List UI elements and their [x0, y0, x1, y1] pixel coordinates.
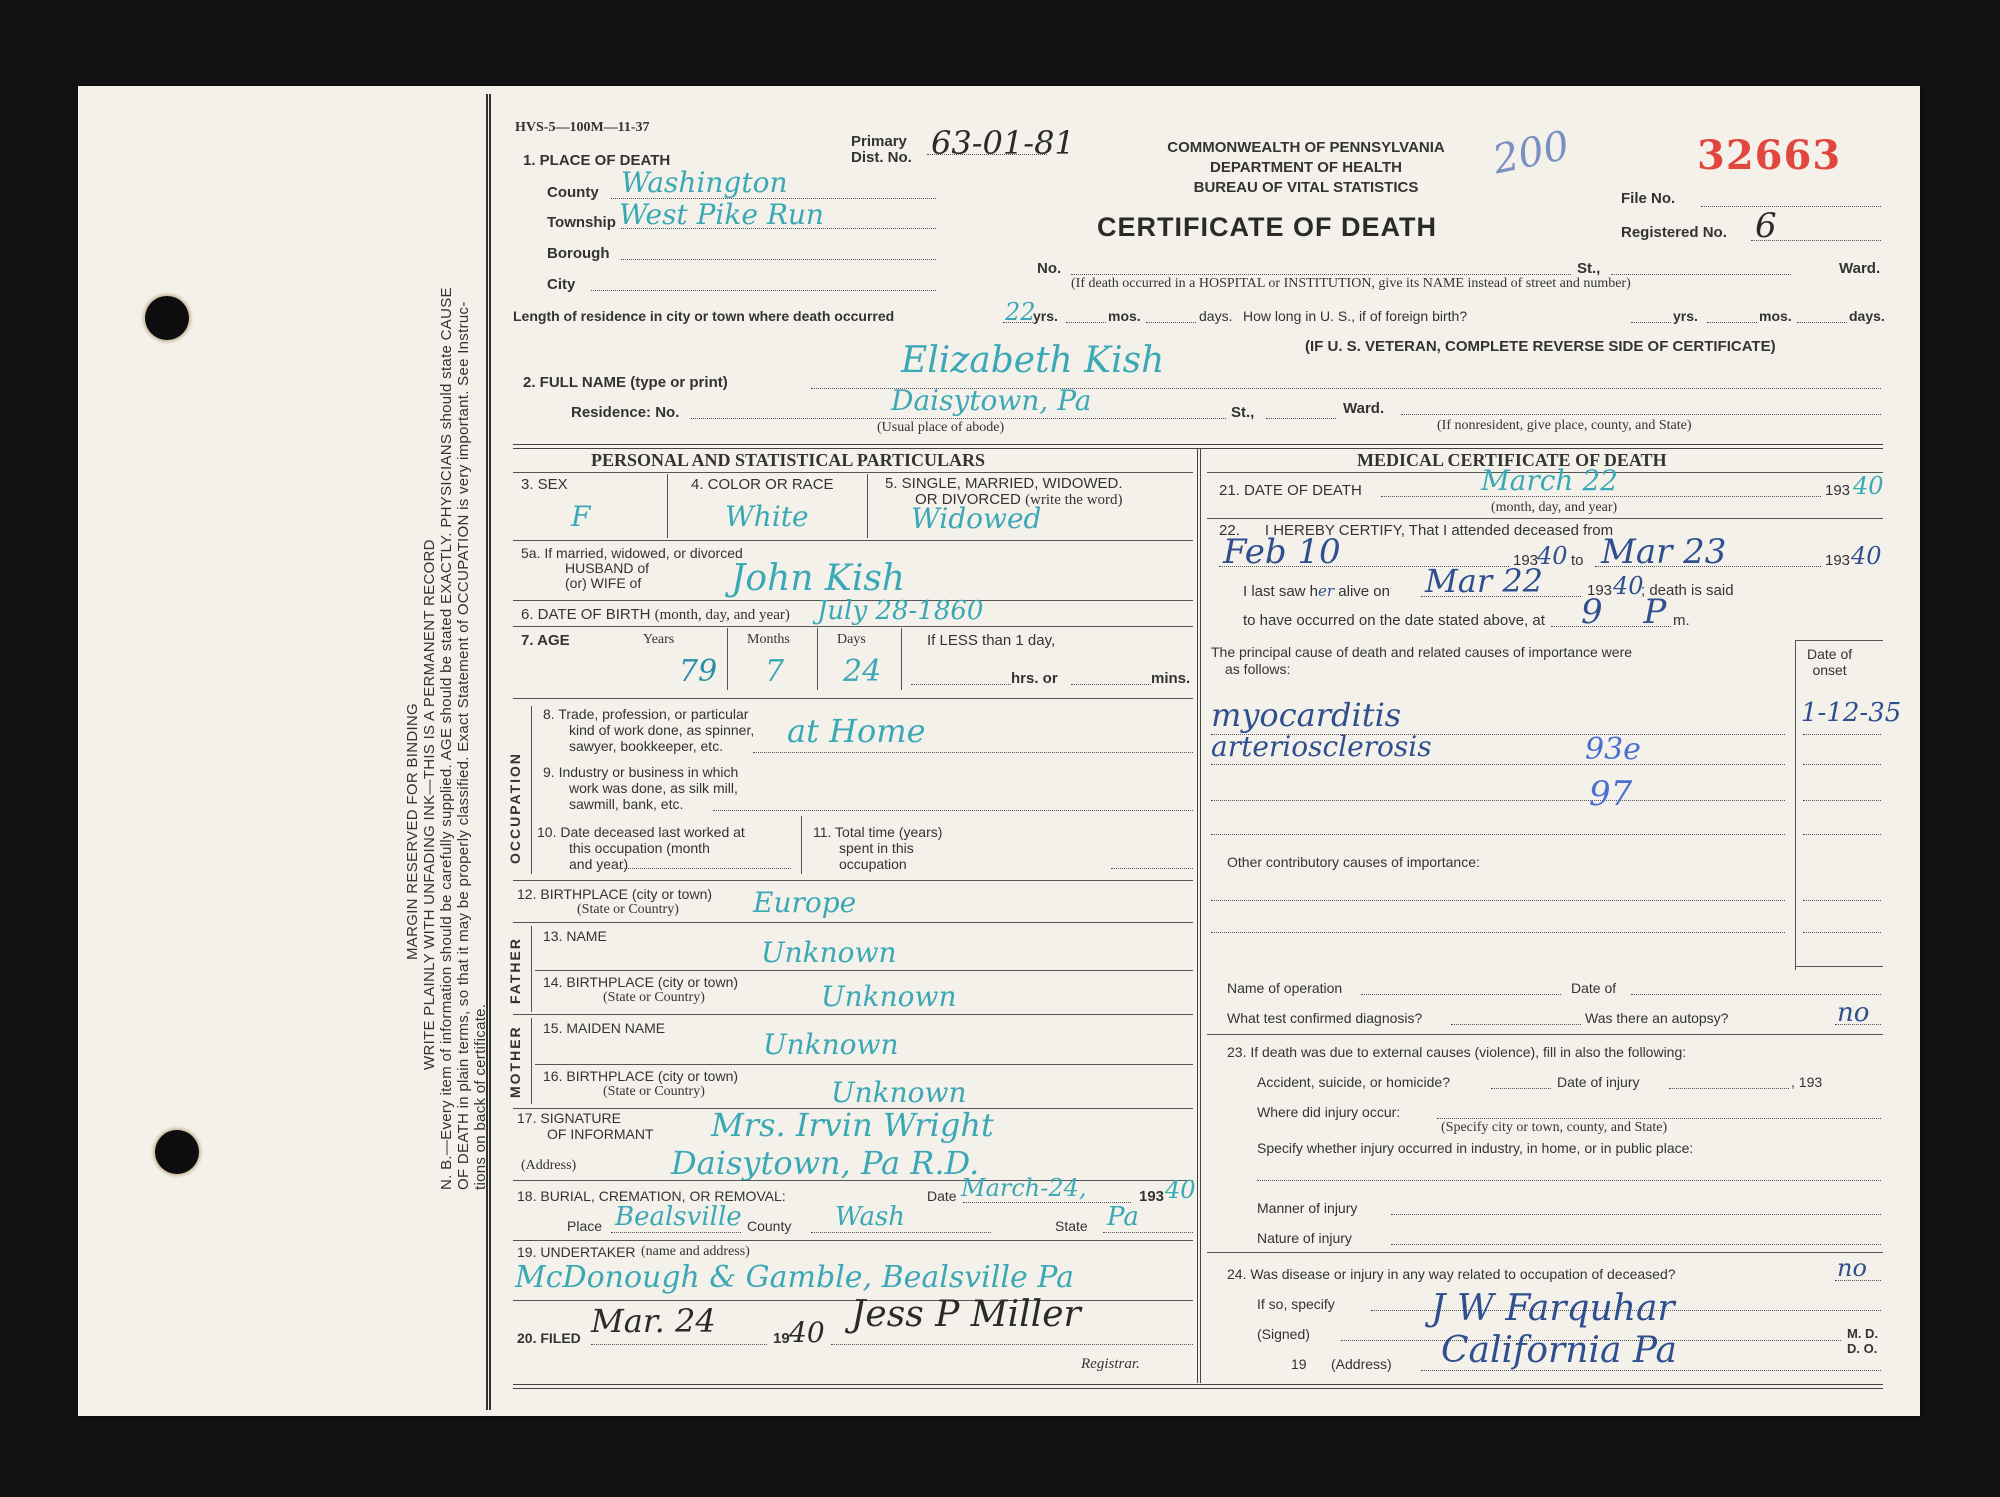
industry-field[interactable] — [713, 810, 1193, 811]
onset-line-2 — [1803, 764, 1881, 765]
accident-label: Accident, suicide, or homicide? — [1257, 1074, 1450, 1090]
rule — [535, 970, 1193, 971]
ward-field[interactable] — [1611, 274, 1791, 275]
injury-date-label: Date of injury — [1557, 1074, 1639, 1090]
operation-label: Name of operation — [1227, 980, 1342, 996]
street-field[interactable] — [1071, 274, 1571, 275]
burial-place-value[interactable]: Bealsville — [615, 1202, 742, 1232]
cause-line-3[interactable] — [1211, 800, 1785, 801]
us-mos-label: mos. — [1759, 308, 1792, 324]
burial-place-label: Place — [567, 1218, 602, 1234]
rule — [513, 472, 1193, 473]
residence-label: Residence: No. — [571, 404, 679, 421]
last-saw-label: I last saw her alive on — [1243, 582, 1390, 600]
burial-county-label: County — [747, 1218, 791, 1234]
time-m-label: m. — [1673, 612, 1690, 629]
occupation-vertical-label: OCCUPATION — [507, 752, 523, 864]
punch-hole-top — [145, 296, 189, 340]
sex-label: 3. SEX — [521, 476, 568, 493]
cause-line-2 — [1211, 764, 1785, 765]
full-name-label: 2. FULL NAME (type or print) — [523, 374, 728, 391]
test-label: What test confirmed diagnosis? — [1227, 1010, 1422, 1026]
date-of-death-year-value[interactable]: 40 — [1853, 472, 1884, 500]
trade-line — [753, 752, 1193, 753]
undertaker-sublabel: (name and address) — [641, 1244, 750, 1260]
test-field[interactable] — [1451, 1024, 1581, 1025]
city-label: City — [547, 276, 575, 293]
rule — [513, 540, 1193, 541]
total-time-field[interactable] — [1111, 868, 1193, 869]
degree-labels: M. D. D. O. — [1847, 1326, 1878, 1356]
residence-value[interactable]: Daisytown, Pa — [891, 384, 1091, 417]
marital-value[interactable]: Widowed — [911, 502, 1041, 535]
attended-to-year-prefix: 193 — [1825, 552, 1850, 569]
physician-signature[interactable]: J W Farquhar — [1431, 1288, 1675, 1329]
punch-hole-bottom — [155, 1130, 199, 1174]
onset-line-4[interactable] — [1803, 834, 1881, 835]
year-19-label: 19 — [1291, 1356, 1307, 1372]
minutes-label: mins. — [1151, 670, 1190, 687]
residence-st-label: St., — [1231, 404, 1254, 421]
rule — [513, 1180, 1193, 1181]
residence-days-field[interactable] — [1146, 322, 1196, 323]
nonresident-note: (If nonresident, give place, county, and… — [1437, 418, 1692, 434]
ward-label: Ward. — [1839, 260, 1880, 277]
nature-field[interactable] — [1391, 1244, 1881, 1245]
hours-label: hrs. or — [1011, 670, 1058, 687]
date-of-death-year-prefix: 193 — [1825, 482, 1850, 499]
primary-dist-label: Primary Dist. No. — [851, 134, 912, 166]
us-yrs-label: yrs. — [1673, 308, 1698, 324]
margin-line-cause: OF DEATH in plain terms, so that it may … — [455, 287, 472, 1190]
rule — [513, 880, 1193, 881]
rule — [1795, 640, 1883, 641]
other-onset-line-2[interactable] — [1803, 932, 1881, 933]
rule — [531, 706, 532, 874]
personal-section-title: PERSONAL AND STATISTICAL PARTICULARS — [591, 450, 985, 471]
attended-to-label: to — [1571, 552, 1584, 569]
other-onset-line-1[interactable] — [1803, 900, 1881, 901]
county-value[interactable]: Washington — [621, 166, 788, 199]
margin-line-ink: WRITE PLAINLY WITH UNFADING INK—THIS IS … — [421, 287, 438, 1190]
external-causes-label: 23. If death was due to external causes … — [1227, 1044, 1686, 1060]
issuer-header: COMMONWEALTH OF PENNSYLVANIA DEPARTMENT … — [1131, 138, 1481, 198]
burial-state-label: State — [1055, 1218, 1088, 1234]
us-mos-field[interactable] — [1707, 322, 1757, 323]
county-label: County — [547, 184, 599, 201]
last-worked-label: 10. Date deceased last worked at this oc… — [537, 824, 745, 872]
autopsy-label: Was there an autopsy? — [1585, 1010, 1728, 1026]
burial-state-line — [1103, 1232, 1193, 1233]
rule — [727, 628, 728, 690]
burial-place-line — [611, 1232, 741, 1233]
age-years-value[interactable]: 79 — [679, 654, 717, 689]
operation-date-label: Date of — [1571, 980, 1616, 996]
certificate-number-stamp: 32663 — [1697, 132, 1841, 179]
rule — [801, 816, 802, 874]
filed-year-value[interactable]: 40 — [789, 1316, 825, 1349]
residence-ward-field[interactable] — [1266, 418, 1336, 419]
father-birthplace-label: 14. BIRTHPLACE (city or town) (State or … — [543, 974, 738, 1006]
burial-date-line — [963, 1202, 1131, 1203]
rule — [513, 698, 1193, 699]
township-value[interactable]: West Pike Run — [619, 198, 824, 231]
us-residence-label: How long in U. S., if of foreign birth? — [1243, 308, 1467, 324]
accident-field[interactable] — [1491, 1088, 1551, 1089]
hours-field[interactable] — [911, 684, 1011, 685]
autopsy-value[interactable]: no — [1837, 998, 1869, 1028]
registered-no-label: Registered No. — [1621, 224, 1727, 241]
rule — [867, 474, 868, 538]
page-title: CERTIFICATE OF DEATH — [1097, 212, 1437, 243]
residence-line — [691, 418, 1226, 419]
mother-name-label: 15. MAIDEN NAME — [543, 1020, 665, 1036]
undertaker-value[interactable]: McDonough & Gamble, Bealsville Pa — [515, 1260, 1074, 1295]
minutes-field[interactable] — [1071, 684, 1151, 685]
file-no-label: File No. — [1621, 190, 1675, 207]
code-note-2: 97 — [1589, 774, 1632, 814]
nonresident-field[interactable] — [1401, 414, 1881, 415]
father-name-value[interactable]: Unknown — [761, 936, 897, 969]
death-certificate-form: HVS-5—100M—11-37 Primary Dist. No. 63-01… — [486, 94, 1901, 1410]
rule — [531, 926, 532, 1012]
informant-value[interactable]: Mrs. Irvin Wright — [711, 1106, 994, 1144]
age-label: 7. AGE — [521, 632, 570, 649]
residence-years-value[interactable]: 22 — [1005, 298, 1036, 326]
form-code: HVS-5—100M—11-37 — [515, 120, 650, 136]
dob-label: 6. DATE OF BIRTH (month, day, and year) — [521, 606, 790, 624]
hospital-note: (If death occurred in a HOSPITAL or INST… — [1071, 276, 1631, 292]
injury-place-label: Specify whether injury occurred in indus… — [1257, 1140, 1693, 1156]
occupation-related-label: 24. Was disease or injury in any way rel… — [1227, 1266, 1676, 1282]
dob-value[interactable]: July 28-1860 — [817, 596, 983, 626]
where-injury-sublabel: (Specify city or town, county, and State… — [1441, 1120, 1667, 1136]
us-days-label: days. — [1849, 308, 1885, 324]
time-of-death-value[interactable]: 9 P — [1581, 592, 1666, 632]
registered-no-value[interactable]: 6 — [1755, 206, 1777, 246]
bottom-rule — [513, 1384, 1883, 1389]
informant-address-value[interactable]: Daisytown, Pa R.D. — [671, 1144, 979, 1182]
margin-line-nb: N. B.—Every item of information should b… — [438, 287, 455, 1190]
trade-label: 8. Trade, profession, or particular kind… — [543, 706, 754, 754]
rule — [513, 626, 1193, 627]
burial-year-value[interactable]: 40 — [1165, 1176, 1196, 1204]
rule — [901, 628, 902, 690]
filed-label: 20. FILED — [517, 1330, 581, 1346]
street-no-label: No. — [1037, 260, 1061, 277]
spouse-value[interactable]: John Kish — [731, 558, 905, 599]
residence-ward-label: Ward. — [1343, 400, 1384, 417]
mother-birthplace-label: 16. BIRTHPLACE (city or town) (State or … — [543, 1068, 738, 1100]
race-label: 4. COLOR OR RACE — [691, 476, 834, 493]
rule — [1795, 640, 1796, 970]
attended-to-year[interactable]: 40 — [1851, 542, 1882, 570]
spouse-label: 5a. If married, widowed, or divorced HUS… — [521, 546, 743, 591]
industry-label: 9. Industry or business in which work wa… — [543, 764, 738, 812]
borough-field[interactable] — [621, 259, 936, 260]
less-than-day-label: If LESS than 1 day, — [927, 632, 1055, 649]
cause-2-value[interactable]: arteriosclerosis — [1211, 730, 1432, 763]
cause-1-value[interactable]: myocarditis — [1211, 696, 1401, 734]
burial-date-value[interactable]: March-24, — [961, 1174, 1087, 1202]
residence-mos-field[interactable] — [1066, 322, 1106, 323]
street-st-label: St., — [1577, 260, 1600, 277]
burial-county-line — [811, 1232, 991, 1233]
residence-days-label: days. — [1199, 308, 1232, 324]
physician-address-value[interactable]: California Pa — [1441, 1330, 1677, 1371]
if-so-label: If so, specify — [1257, 1296, 1335, 1312]
undertaker-label: 19. UNDERTAKER — [517, 1244, 636, 1260]
residence-yrs-label: yrs. — [1033, 308, 1058, 324]
age-months-value[interactable]: 7 — [765, 654, 784, 689]
registrar-line — [831, 1344, 1193, 1345]
father-birthplace-value[interactable]: Unknown — [821, 980, 957, 1013]
manner-label: Manner of injury — [1257, 1200, 1357, 1216]
cause-line-4[interactable] — [1211, 834, 1785, 835]
sex-value[interactable]: F — [571, 500, 590, 533]
date-of-death-sublabel: (month, day, and year) — [1491, 500, 1617, 516]
file-no-field[interactable] — [1701, 206, 1881, 207]
rule — [535, 1064, 1193, 1065]
burial-county-value[interactable]: Wash — [835, 1202, 905, 1232]
last-saw-value[interactable]: Mar 22 — [1425, 562, 1543, 600]
other-causes-line-1[interactable] — [1211, 900, 1785, 901]
other-causes-line-2[interactable] — [1211, 932, 1785, 933]
signed-label: (Signed) — [1257, 1326, 1310, 1342]
years-label: Years — [643, 632, 674, 648]
where-injury-field[interactable] — [1437, 1118, 1881, 1119]
rule — [513, 922, 1193, 923]
burial-date-label: Date — [927, 1188, 957, 1204]
code-note-1: 93e — [1585, 732, 1641, 767]
occurred-label: to have occurred on the date stated abov… — [1243, 612, 1545, 629]
age-days-value[interactable]: 24 — [843, 654, 881, 689]
injury-place-field[interactable] — [1257, 1180, 1881, 1181]
onset-label: Date of onset — [1807, 646, 1852, 678]
filed-value[interactable]: Mar. 24 — [591, 1302, 716, 1340]
rule — [513, 1014, 1193, 1015]
informant-label: 17. SIGNATURE OF INFORMANT — [517, 1110, 654, 1142]
rule — [513, 1240, 1193, 1241]
residence-mos-label: mos. — [1108, 308, 1141, 324]
mother-birthplace-value[interactable]: Unknown — [831, 1076, 967, 1109]
rule — [1207, 1252, 1883, 1253]
rule — [817, 628, 818, 690]
informant-address-label: (Address) — [521, 1158, 576, 1174]
manner-field[interactable] — [1391, 1214, 1881, 1215]
operation-date-field[interactable] — [1631, 994, 1881, 995]
mother-name-value[interactable]: Unknown — [763, 1028, 899, 1061]
principal-cause-label: The principal cause of death and related… — [1211, 644, 1632, 678]
registrar-label: Registrar. — [1081, 1356, 1140, 1373]
trade-value[interactable]: at Home — [787, 712, 926, 750]
rule — [1795, 966, 1883, 967]
physician-address-label: (Address) — [1331, 1356, 1392, 1372]
rule — [667, 474, 668, 538]
days-label: Days — [837, 632, 866, 648]
margin-line-binding: MARGIN RESERVED FOR BINDING — [404, 287, 421, 1190]
occupation-related-value[interactable]: no — [1837, 1254, 1867, 1282]
city-field[interactable] — [591, 290, 936, 291]
township-label: Township — [547, 214, 616, 231]
onset-line-1 — [1803, 734, 1881, 735]
attended-to-value[interactable]: Mar 23 — [1601, 532, 1726, 572]
onset-1-value[interactable]: 1-12-35 — [1801, 698, 1901, 728]
injury-year-prefix: , 193 — [1791, 1074, 1822, 1090]
rule — [1207, 518, 1883, 519]
date-of-death-label: 21. DATE OF DEATH — [1219, 482, 1362, 499]
total-time-label: 11. Total time (years) spent in this occ… — [813, 824, 942, 872]
onset-line-3[interactable] — [1803, 800, 1881, 801]
other-causes-label: Other contributory causes of importance: — [1227, 854, 1480, 870]
registrar-signature[interactable]: Jess P Miller — [851, 1294, 1081, 1335]
mother-vertical-label: MOTHER — [507, 1025, 523, 1098]
last-worked-field[interactable] — [621, 868, 791, 869]
attended-from-value[interactable]: Feb 10 — [1223, 532, 1341, 572]
primary-dist-value[interactable]: 63-01-81 — [931, 124, 1075, 162]
father-name-label: 13. NAME — [543, 928, 607, 944]
birthplace-value[interactable]: Europe — [753, 886, 856, 919]
where-injury-label: Where did injury occur: — [1257, 1104, 1400, 1120]
injury-date-field[interactable] — [1669, 1088, 1789, 1089]
filed-year-prefix: 19 — [773, 1330, 790, 1347]
rule — [1207, 1034, 1883, 1035]
borough-label: Borough — [547, 245, 609, 262]
residence-length-label: Length of residence in city or town wher… — [513, 308, 894, 324]
birthplace-label: 12. BIRTHPLACE (city or town) (State or … — [517, 886, 712, 918]
full-name-value[interactable]: Elizabeth Kish — [901, 340, 1164, 381]
burial-year-prefix: 193 — [1139, 1188, 1164, 1205]
months-label: Months — [747, 632, 790, 648]
veteran-note: (IF U. S. VETERAN, COMPLETE REVERSE SIDE… — [1305, 338, 1776, 355]
burial-state-value[interactable]: Pa — [1107, 1202, 1139, 1232]
column-divider — [1197, 448, 1201, 1383]
date-of-death-value[interactable]: March 22 — [1481, 464, 1618, 497]
rule — [531, 1018, 532, 1104]
race-value[interactable]: White — [725, 500, 809, 533]
margin-instructions: MARGIN RESERVED FOR BINDING WRITE PLAINL… — [404, 287, 489, 1190]
operation-field[interactable] — [1361, 994, 1561, 995]
us-years-field[interactable] — [1631, 322, 1671, 323]
usual-abode-note: (Usual place of abode) — [877, 420, 1004, 436]
father-vertical-label: FATHER — [507, 937, 523, 1004]
nature-label: Nature of injury — [1257, 1230, 1352, 1246]
us-days-field[interactable] — [1797, 322, 1847, 323]
pencil-note: 200 — [1489, 123, 1573, 184]
filed-line — [591, 1344, 767, 1345]
